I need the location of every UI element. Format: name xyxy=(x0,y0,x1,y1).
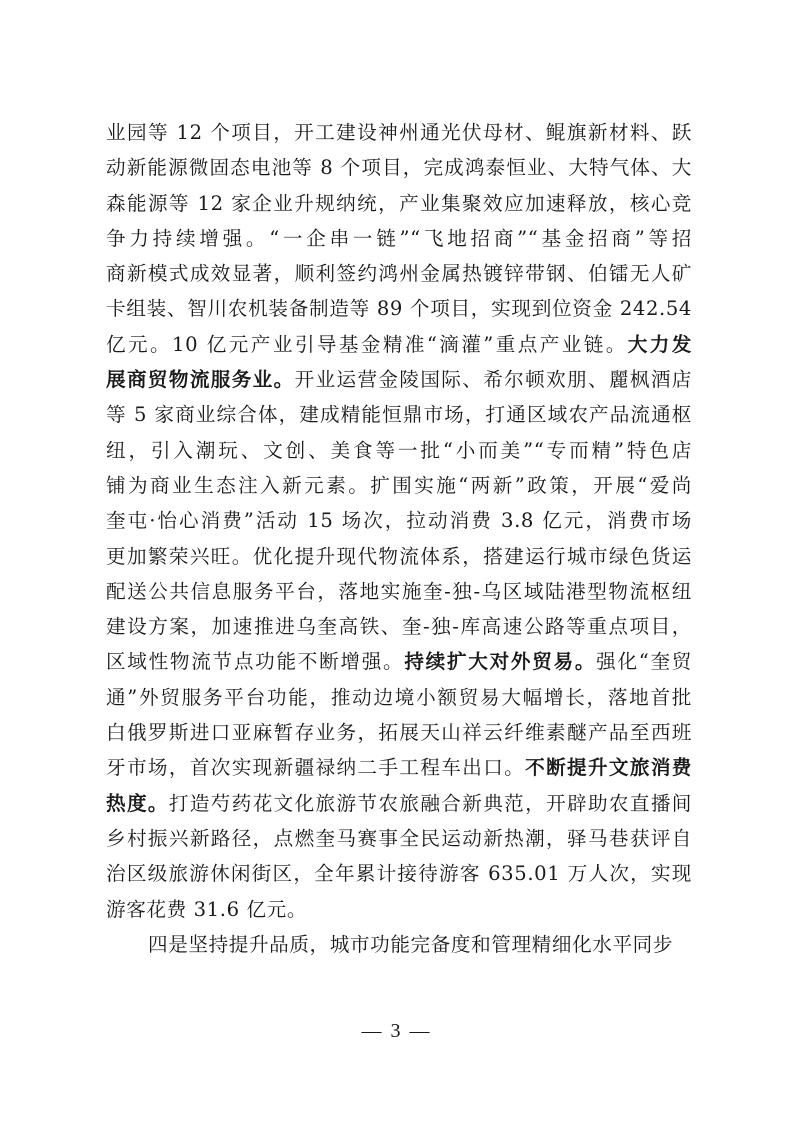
text-segment: 白俄罗斯进口亚麻暂存业务，拓展天山祥云纤维素醚产品至西班 xyxy=(106,721,692,744)
text-line: 乡村振兴新路径，点燃奎马赛事全民运动新热潮，驿马巷获评自 xyxy=(106,821,692,856)
text-segment: 打造芍药花文化旅游节农旅融合新典范，开辟助农直播间 xyxy=(169,792,692,815)
text-line: 治区级旅游休闲街区，全年累计接待游客 635.01 万人次，实现 xyxy=(106,856,692,891)
text-segment: 通”外贸服务平台功能，推动边境小额贸易大幅增长，落地首批 xyxy=(106,686,692,709)
text-line: 奎屯·怡心消费”活动 15 场次，拉动消费 3.8 亿元，消费市场 xyxy=(106,503,692,538)
text-segment: 乡村振兴新路径，点燃奎马赛事全民运动新热潮，驿马巷获评自 xyxy=(106,827,692,850)
text-segment: 等 5 家商业综合体，建成精能恒鼎市场，打通区域农产品流通枢 xyxy=(106,403,692,426)
text-segment: 开业运营金陵国际、希尔顿欢朋、麗枫酒店 xyxy=(295,368,692,391)
text-segment: 游客花费 31.6 亿元。 xyxy=(106,898,307,921)
document-body: 业园等 12 个项目，开工建设神州通光伏母材、鲲旗新材料、跃动新能源微固态电池等… xyxy=(106,115,692,962)
text-segment: 动新能源微固态电池等 8 个项目，完成鸿泰恒业、大特气体、大 xyxy=(106,156,692,179)
text-segment: 四是坚持提升品质，城市功能完备度和管理精细化水平同步 xyxy=(148,933,673,956)
text-line: 亿元。10 亿元产业引导基金精准“滴灌”重点产业链。大力发 xyxy=(106,327,692,362)
text-line: 业园等 12 个项目，开工建设神州通光伏母材、鲲旗新材料、跃 xyxy=(106,115,692,150)
text-line: 展商贸物流服务业。开业运营金陵国际、希尔顿欢朋、麗枫酒店 xyxy=(106,362,692,397)
text-line: 区域性物流节点功能不断增强。持续扩大对外贸易。强化“奎贸 xyxy=(106,644,692,679)
text-line: 通”外贸服务平台功能，推动边境小额贸易大幅增长，落地首批 xyxy=(106,680,692,715)
text-line: 游客花费 31.6 亿元。 xyxy=(106,892,692,927)
text-line: 卡组装、智川农机装备制造等 89 个项目，实现到位资金 242.54 xyxy=(106,291,692,326)
text-line: 建设方案，加速推进乌奎高铁、奎-独-库高速公路等重点项目， xyxy=(106,609,692,644)
text-line: 四是坚持提升品质，城市功能完备度和管理精细化水平同步 xyxy=(106,927,692,962)
text-segment: 纽，引入潮玩、文创、美食等一批“小而美”“专而精”特色店 xyxy=(106,439,692,462)
bold-heading: 热度。 xyxy=(106,792,169,815)
text-segment: 森能源等 12 家企业升规纳统，产业集聚效应加速释放，核心竞 xyxy=(106,192,692,215)
text-line: 铺为商业生态注入新元素。扩围实施“两新”政策，开展“爱尚 xyxy=(106,468,692,503)
bold-heading: 大力发 xyxy=(628,333,692,356)
text-segment: 亿元。10 亿元产业引导基金精准“滴灌”重点产业链。 xyxy=(106,333,628,356)
text-line: 白俄罗斯进口亚麻暂存业务，拓展天山祥云纤维素醚产品至西班 xyxy=(106,715,692,750)
text-line: 牙市场，首次实现新疆禄纳二手工程车出口。不断提升文旅消费 xyxy=(106,750,692,785)
text-line: 热度。打造芍药花文化旅游节农旅融合新典范，开辟助农直播间 xyxy=(106,786,692,821)
text-segment: 商新模式成效显著，顺利签约鸿州金属热镀锌带钢、伯镭无人矿 xyxy=(106,262,692,285)
text-line: 纽，引入潮玩、文创、美食等一批“小而美”“专而精”特色店 xyxy=(106,433,692,468)
text-segment: 奎屯·怡心消费”活动 15 场次，拉动消费 3.8 亿元，消费市场 xyxy=(106,509,692,532)
text-line: 森能源等 12 家企业升规纳统，产业集聚效应加速释放，核心竞 xyxy=(106,186,692,221)
text-segment: 区域性物流节点功能不断增强。 xyxy=(106,650,404,673)
text-segment: 铺为商业生态注入新元素。扩围实施“两新”政策，开展“爱尚 xyxy=(106,474,692,497)
page-number: — 3 — xyxy=(0,1020,793,1043)
text-segment: 争力持续增强。“一企串一链”“飞地招商”“基金招商”等招 xyxy=(106,227,692,250)
text-segment: 卡组装、智川农机装备制造等 89 个项目，实现到位资金 242.54 xyxy=(106,297,692,320)
text-line: 配送公共信息服务平台，落地实施奎-独-乌区域陆港型物流枢纽 xyxy=(106,574,692,609)
document-page: 业园等 12 个项目，开工建设神州通光伏母材、鲲旗新材料、跃动新能源微固态电池等… xyxy=(0,0,793,1122)
text-segment: 业园等 12 个项目，开工建设神州通光伏母材、鲲旗新材料、跃 xyxy=(106,121,692,144)
text-segment: 建设方案，加速推进乌奎高铁、奎-独-库高速公路等重点项目， xyxy=(106,615,692,638)
text-line: 等 5 家商业综合体，建成精能恒鼎市场，打通区域农产品流通枢 xyxy=(106,397,692,432)
text-segment: 配送公共信息服务平台，落地实施奎-独-乌区域陆港型物流枢纽 xyxy=(106,580,692,603)
text-segment: 强化“奎贸 xyxy=(596,650,692,673)
bold-heading: 不断提升文旅消费 xyxy=(525,756,692,779)
bold-heading: 展商贸物流服务业。 xyxy=(106,368,295,391)
text-segment: 治区级旅游休闲街区，全年累计接待游客 635.01 万人次，实现 xyxy=(106,862,692,885)
text-line: 动新能源微固态电池等 8 个项目，完成鸿泰恒业、大特气体、大 xyxy=(106,150,692,185)
text-segment: 更加繁荣兴旺。优化提升现代物流体系，搭建运行城市绿色货运 xyxy=(106,545,692,568)
text-line: 商新模式成效显著，顺利签约鸿州金属热镀锌带钢、伯镭无人矿 xyxy=(106,256,692,291)
bold-heading: 持续扩大对外贸易。 xyxy=(404,650,596,673)
text-line: 争力持续增强。“一企串一链”“飞地招商”“基金招商”等招 xyxy=(106,221,692,256)
text-segment: 牙市场，首次实现新疆禄纳二手工程车出口。 xyxy=(106,756,525,779)
text-line: 更加繁荣兴旺。优化提升现代物流体系，搭建运行城市绿色货运 xyxy=(106,539,692,574)
